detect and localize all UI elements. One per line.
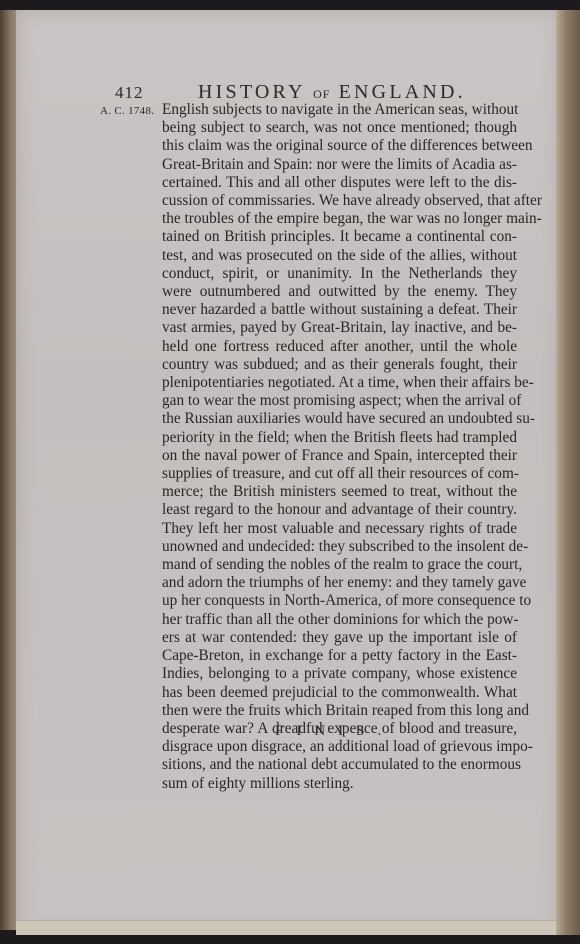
page-bottom-edge	[16, 920, 561, 935]
text-line: plenipotentiaries negotiated. At a time,…	[162, 374, 517, 392]
text-line: disgrace upon disgrace, an additional lo…	[162, 738, 517, 756]
text-line: and adorn the triumphs of her enemy: and…	[162, 574, 517, 592]
text-line: never hazarded a battle without sustaini…	[162, 301, 517, 319]
text-line: up her conquests in North-America, of mo…	[162, 592, 517, 610]
text-line: periority in the field; when the British…	[162, 429, 517, 447]
text-line: sitions, and the national debt accumulat…	[162, 756, 517, 774]
text-line: were outnumbered and outwitted by the en…	[162, 283, 517, 301]
title-part-history: HISTORY	[198, 81, 305, 103]
text-line: then were the fruits which Britain reape…	[162, 702, 517, 720]
text-line: gan to wear the most promising aspect; w…	[162, 392, 517, 410]
text-line: tained on British principles. It became …	[162, 228, 517, 246]
text-line: Great-Britain and Spain: nor were the li…	[162, 156, 517, 174]
text-line: sum of eighty millions sterling.	[162, 775, 517, 793]
text-line: held one fortress reduced after another,…	[162, 338, 517, 356]
text-line: supplies of treasure, and cut off all th…	[162, 465, 517, 483]
text-line: on the naval power of France and Spain, …	[162, 447, 517, 465]
text-line: mand of sending the nobles of the realm …	[162, 556, 517, 574]
finis-ending: FINIS.	[275, 723, 394, 740]
text-line: this claim was the original source of th…	[162, 137, 517, 155]
text-line: Cape-Breton, in exchange for a petty fac…	[162, 647, 517, 665]
text-line: the Russian auxiliaries would have secur…	[162, 410, 517, 428]
title-part-england: ENGLAND.	[339, 81, 466, 103]
text-line: unowned and undecided: they subscribed t…	[162, 538, 517, 556]
margin-date-note: A. C. 1748.	[100, 105, 154, 117]
text-line: English subjects to navigate in the Amer…	[162, 101, 517, 119]
text-line: vast armies, payed by Great-Britain, lay…	[162, 319, 517, 337]
text-line: the troubles of the empire began, the wa…	[162, 210, 517, 228]
text-line: test, and was prosecuted on the side of …	[162, 247, 517, 265]
text-line: her traffic than all the other dominions…	[162, 611, 517, 629]
text-line: They left her most valuable and necessar…	[162, 520, 517, 538]
text-line: has been deemed prejudicial to the commo…	[162, 684, 517, 702]
text-line: ers at war contended: they gave up the i…	[162, 629, 517, 647]
text-line: Indies, belonging to a private company, …	[162, 665, 517, 683]
text-line: being subject to search, was not once me…	[162, 119, 517, 137]
body-paragraph: English subjects to navigate in the Amer…	[162, 101, 517, 793]
text-line: least regard to the honour and advantage…	[162, 501, 517, 519]
text-line: country was subdued; and as their genera…	[162, 356, 517, 374]
text-line: cussion of commissaries. We have already…	[162, 192, 517, 210]
title-part-of: OF	[313, 87, 330, 101]
page-fore-edge	[556, 10, 580, 935]
text-line: conduct, spirit, or unanimity. In the Ne…	[162, 265, 517, 283]
text-line: merce; the British ministers seemed to t…	[162, 483, 517, 501]
page-number: 412	[115, 83, 144, 103]
text-line: certained. This and all other disputes w…	[162, 174, 517, 192]
